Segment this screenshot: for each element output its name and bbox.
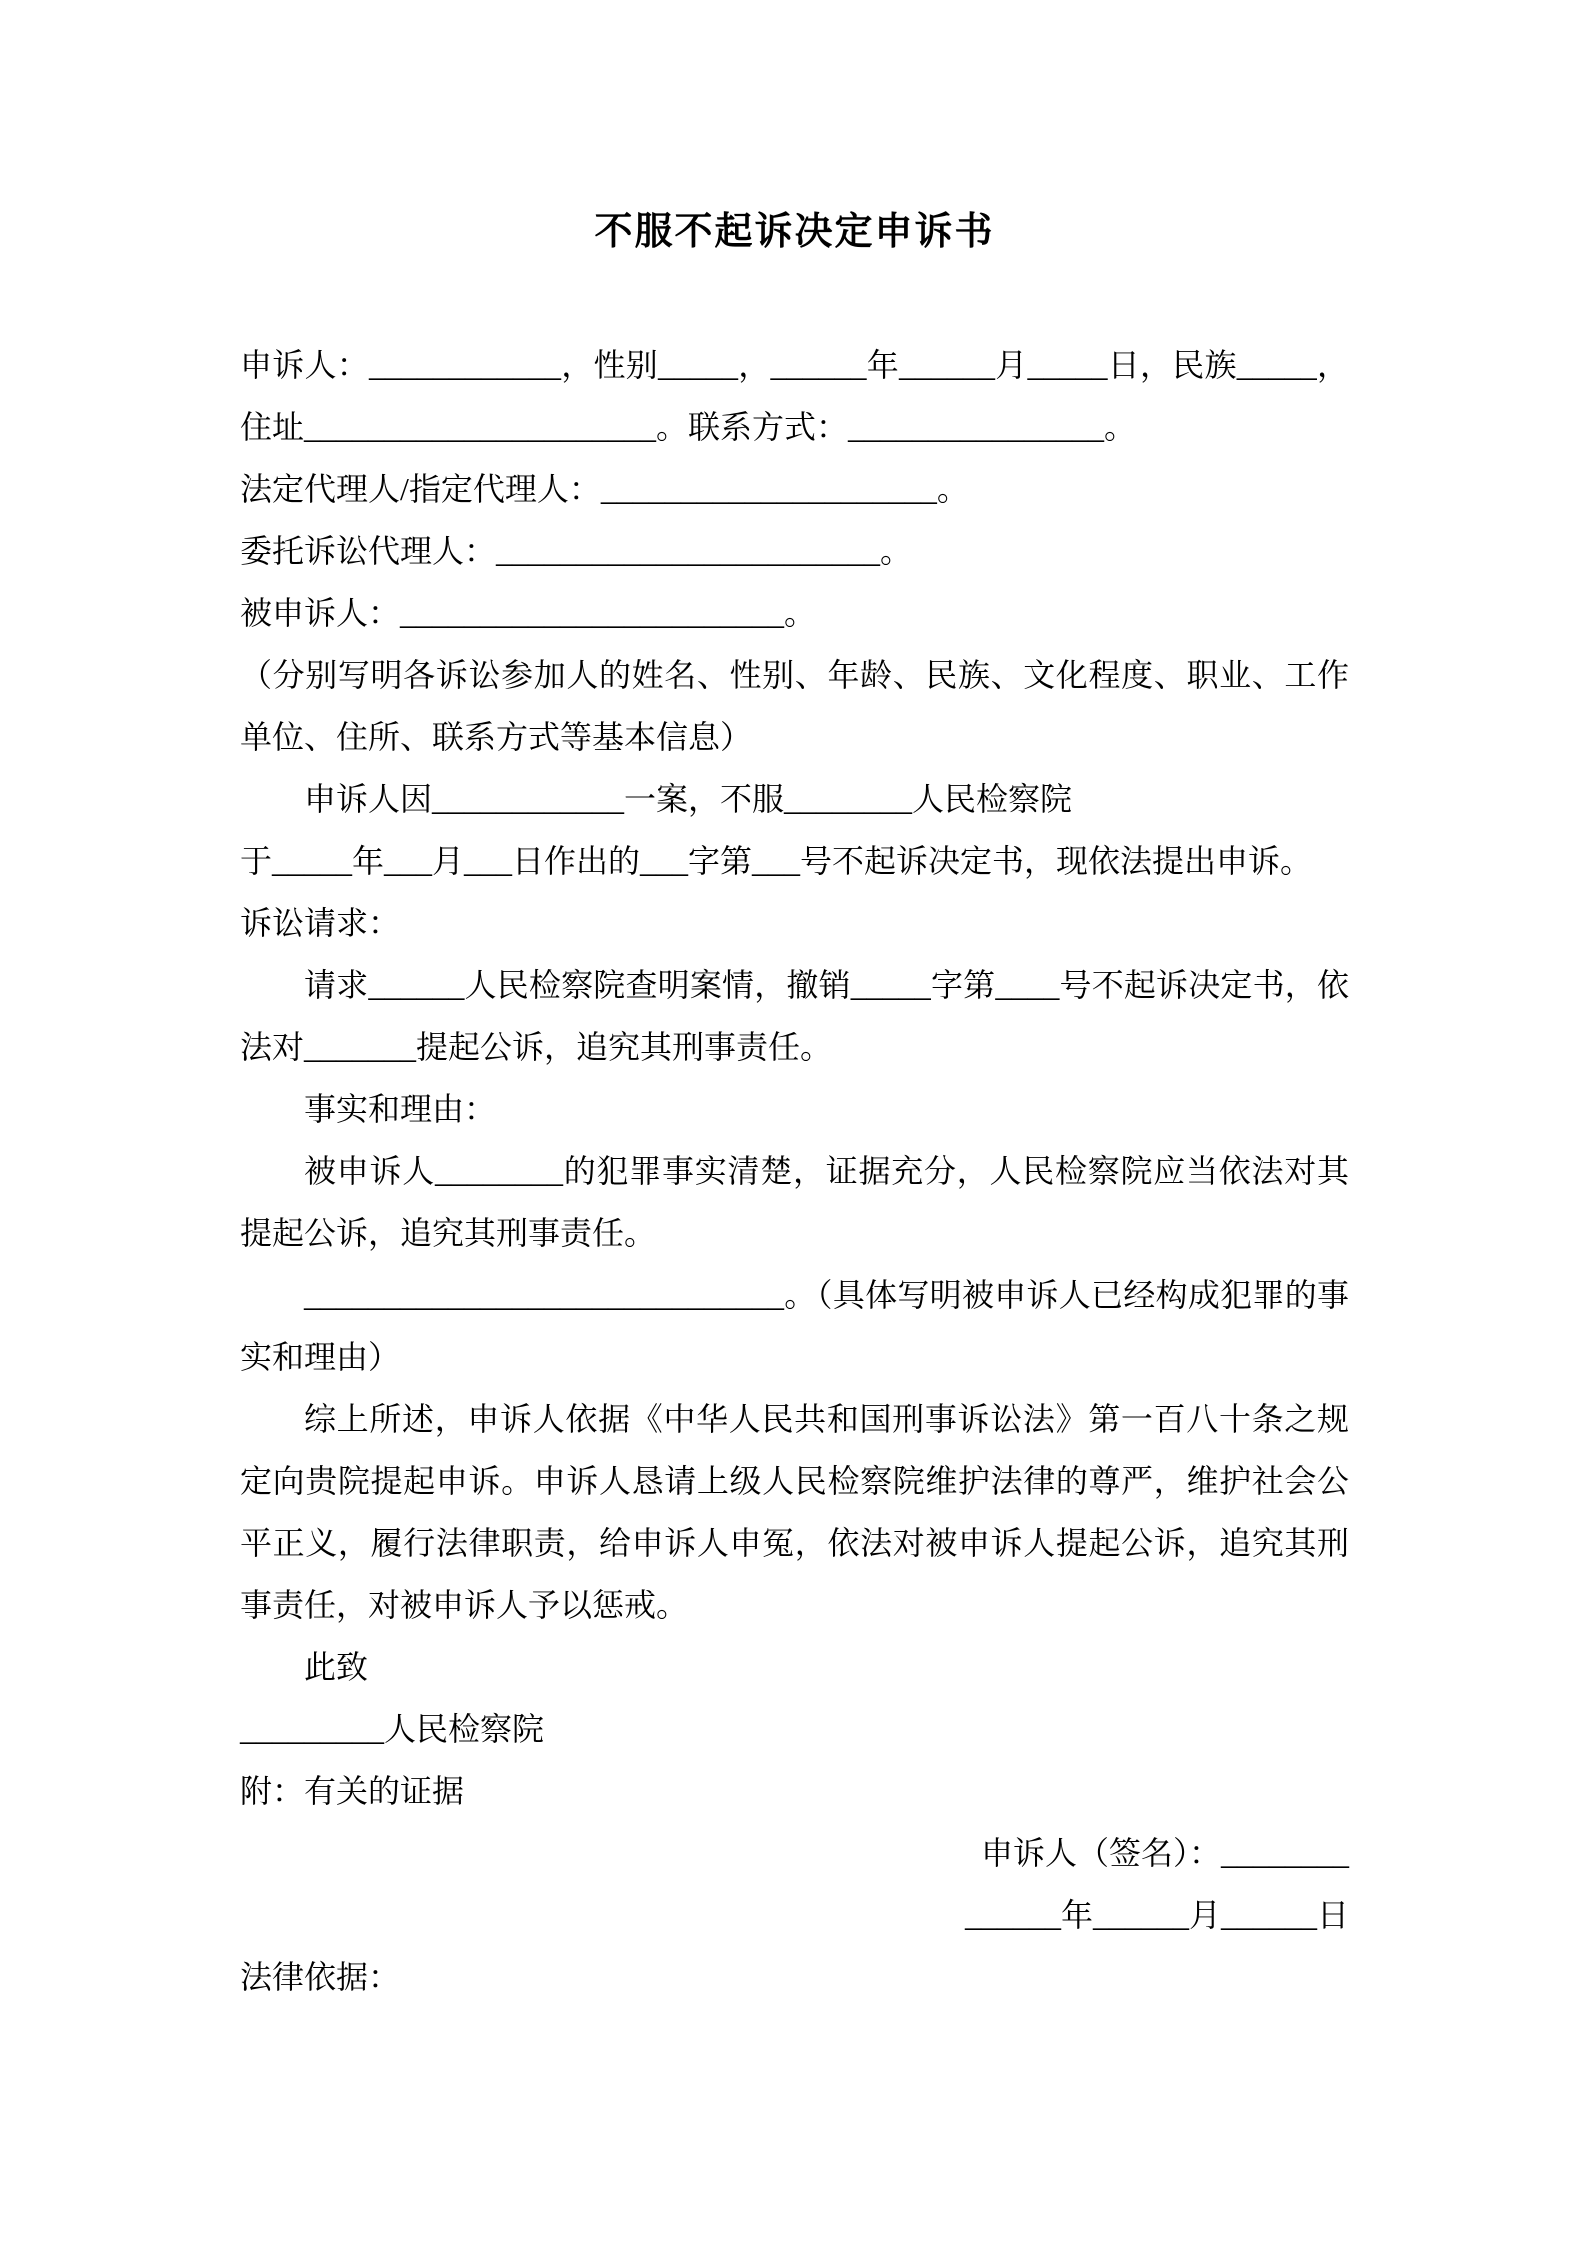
document-title: 不服不起诉决定申诉书 xyxy=(240,196,1349,268)
instruction-note: （分别写明各诉讼参加人的姓名、性别、年龄、民族、文化程度、职业、工作单位、住所、… xyxy=(240,644,1349,768)
case-intro-line: 申诉人因____________一案，不服________人民检察院 xyxy=(240,768,1349,830)
legal-agent-line: 法定代理人/指定代理人：_____________________。 xyxy=(240,458,1349,520)
signature-line: 申诉人（签名）：________ xyxy=(240,1822,1349,1884)
party-info-line: 申诉人：____________，性别_____，______年______月_… xyxy=(240,334,1349,458)
claims-heading: 诉讼请求： xyxy=(240,892,1349,954)
signature-date-line: ______年______月______日 xyxy=(240,1884,1349,1946)
legal-basis-heading: 法律依据： xyxy=(240,1946,1349,2008)
conclusion-paragraph: 综上所述，申诉人依据《中华人民共和国刑事诉讼法》第一百八十条之规定向贵院提起申诉… xyxy=(240,1388,1349,1636)
document-page: 不服不起诉决定申诉书 申诉人：____________，性别_____，____… xyxy=(0,0,1587,2245)
addressed-procuratorate: _________人民检察院 xyxy=(240,1698,1349,1760)
salutation: 此致 xyxy=(240,1636,1349,1698)
facts-detail-blank: ______________________________。（具体写明被申诉人… xyxy=(240,1264,1349,1388)
respondent-line: 被申诉人：________________________。 xyxy=(240,582,1349,644)
attachment-note: 附：有关的证据 xyxy=(240,1760,1349,1822)
entrusted-agent-line: 委托诉讼代理人：________________________。 xyxy=(240,520,1349,582)
decision-info-line: 于_____年___月___日作出的___字第___号不起诉决定书，现依法提出申… xyxy=(240,830,1349,892)
claims-request: 请求______人民检察院查明案情，撤销_____字第____号不起诉决定书，依… xyxy=(240,954,1349,1078)
facts-statement: 被申诉人________的犯罪事实清楚，证据充分，人民检察院应当依法对其提起公诉… xyxy=(240,1140,1349,1264)
facts-heading: 事实和理由： xyxy=(240,1078,1349,1140)
